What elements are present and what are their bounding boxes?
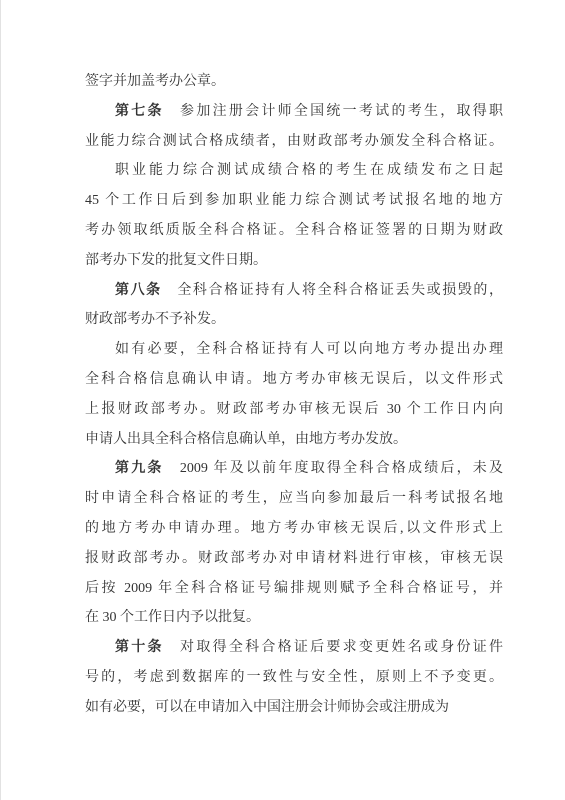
- text-segment: 上报财政部考办。财政部考办审核无误后 30 个工作日内向: [85, 402, 503, 417]
- text-segment: 后按 2009 年全科合格证号编排规则赋予全科合格证号，并: [85, 581, 503, 596]
- text-segment: 签字并加盖考办公章。: [85, 74, 225, 89]
- text-segment: 全科合格证持有人将全科合格证丢失或损毁的，: [162, 283, 503, 298]
- paragraph-article-7-issuance: 职业能力综合测试成绩合格的考生在成绩发布之日起45 个工作日后到参加职业能力综合…: [85, 156, 503, 275]
- paragraph-article-8: 第八条 全科合格证持有人将全科合格证丢失或损毁的，财政部考办不予补发。: [85, 276, 503, 336]
- text-line: 部考办下发的批复文件日期。: [85, 246, 503, 276]
- document-page: 签字并加盖考办公章。第七条 参加注册会计师全国统一考试的考生，取得职业能力综合测…: [0, 0, 565, 800]
- text-segment: 职业能力综合测试成绩合格的考生在成绩发布之日起: [115, 163, 503, 178]
- text-line: 的地方考办申请办理。地方考办审核无误后,以文件形式上: [85, 514, 503, 544]
- text-line: 第八条 全科合格证持有人将全科合格证丢失或损毁的，: [85, 276, 503, 306]
- text-line: 在 30 个工作日内予以批复。: [85, 603, 503, 633]
- article-number-label: 第八条: [115, 283, 162, 298]
- text-line: 第七条 参加注册会计师全国统一考试的考生，取得职: [85, 97, 503, 127]
- text-segment: 业能力综合测试合格成绩者，由财政部考办颁发全科合格证。: [85, 134, 503, 149]
- text-segment: 对取得全科合格证后要求变更姓名或身份证件: [164, 640, 503, 655]
- article-number-label: 第七条: [115, 104, 164, 119]
- paragraph-article-7: 第七条 参加注册会计师全国统一考试的考生，取得职业能力综合测试合格成绩者，由财政…: [85, 97, 503, 157]
- document-text-block: 签字并加盖考办公章。第七条 参加注册会计师全国统一考试的考生，取得职业能力综合测…: [85, 67, 503, 723]
- article-number-label: 第十条: [115, 640, 164, 655]
- text-line: 第十条 对取得全科合格证后要求变更姓名或身份证件: [85, 633, 503, 663]
- text-line: 第九条 2009 年及以前年度取得全科合格成绩后，未及: [85, 454, 503, 484]
- text-line: 号的，考虑到数据库的一致性与安全性，原则上不予变更。: [85, 663, 503, 693]
- paragraph-article-9: 第九条 2009 年及以前年度取得全科合格成绩后，未及时申请全科合格证的考生，应…: [85, 454, 503, 633]
- paragraph-article-8-confirmation: 如有必要，全科合格证持有人可以向地方考办提出办理全科合格信息确认申请。地方考办审…: [85, 335, 503, 454]
- text-line: 签字并加盖考办公章。: [85, 67, 503, 97]
- article-number-label: 第九条: [115, 461, 164, 476]
- paragraph-continuation-signature: 签字并加盖考办公章。: [85, 67, 503, 97]
- text-segment: 财政部考办不予补发。: [85, 312, 225, 327]
- text-segment: 部考办下发的批复文件日期。: [85, 253, 267, 268]
- text-line: 报财政部考办。财政部考办对申请材料进行审核，审核无误: [85, 544, 503, 574]
- text-segment: 考办领取纸质版全科合格证。全科合格证签署的日期为财政: [85, 223, 503, 238]
- text-line: 如有必要，全科合格证持有人可以向地方考办提出办理: [85, 335, 503, 365]
- text-segment: 在 30 个工作日内予以批复。: [85, 610, 260, 625]
- text-line: 财政部考办不予补发。: [85, 305, 503, 335]
- text-segment: 报财政部考办。财政部考办对申请材料进行审核，审核无误: [85, 551, 503, 566]
- text-line: 职业能力综合测试成绩合格的考生在成绩发布之日起: [85, 156, 503, 186]
- text-line: 上报财政部考办。财政部考办审核无误后 30 个工作日内向: [85, 395, 503, 425]
- text-line: 后按 2009 年全科合格证号编排规则赋予全科合格证号，并: [85, 574, 503, 604]
- text-line: 如有必要，可以在申请加入中国注册会计师协会或注册成为: [85, 693, 503, 723]
- text-line: 时申请全科合格证的考生，应当向参加最后一科考试报名地: [85, 484, 503, 514]
- text-segment: 如有必要，可以在申请加入中国注册会计师协会或注册成为: [85, 700, 449, 715]
- text-line: 全科合格信息确认申请。地方考办审核无误后，以文件形式: [85, 365, 503, 395]
- text-line: 业能力综合测试合格成绩者，由财政部考办颁发全科合格证。: [85, 127, 503, 157]
- text-segment: 申请人出具全科合格信息确认单，由地方考办发放。: [85, 432, 407, 447]
- text-segment: 时申请全科合格证的考生，应当向参加最后一科考试报名地: [85, 491, 503, 506]
- text-segment: 全科合格信息确认申请。地方考办审核无误后，以文件形式: [85, 372, 503, 387]
- paragraph-article-10: 第十条 对取得全科合格证后要求变更姓名或身份证件号的，考虑到数据库的一致性与安全…: [85, 633, 503, 722]
- text-line: 申请人出具全科合格信息确认单，由地方考办发放。: [85, 425, 503, 455]
- text-line: 考办领取纸质版全科合格证。全科合格证签署的日期为财政: [85, 216, 503, 246]
- text-segment: 45 个工作日后到参加职业能力综合测试考试报名地的地方: [85, 193, 503, 208]
- text-segment: 2009 年及以前年度取得全科合格成绩后，未及: [164, 461, 503, 476]
- text-segment: 号的，考虑到数据库的一致性与安全性，原则上不予变更。: [85, 670, 503, 685]
- text-line: 45 个工作日后到参加职业能力综合测试考试报名地的地方: [85, 186, 503, 216]
- text-segment: 的地方考办申请办理。地方考办审核无误后,以文件形式上: [85, 521, 503, 536]
- text-segment: 如有必要，全科合格证持有人可以向地方考办提出办理: [115, 342, 503, 357]
- text-segment: 参加注册会计师全国统一考试的考生，取得职: [164, 104, 503, 119]
